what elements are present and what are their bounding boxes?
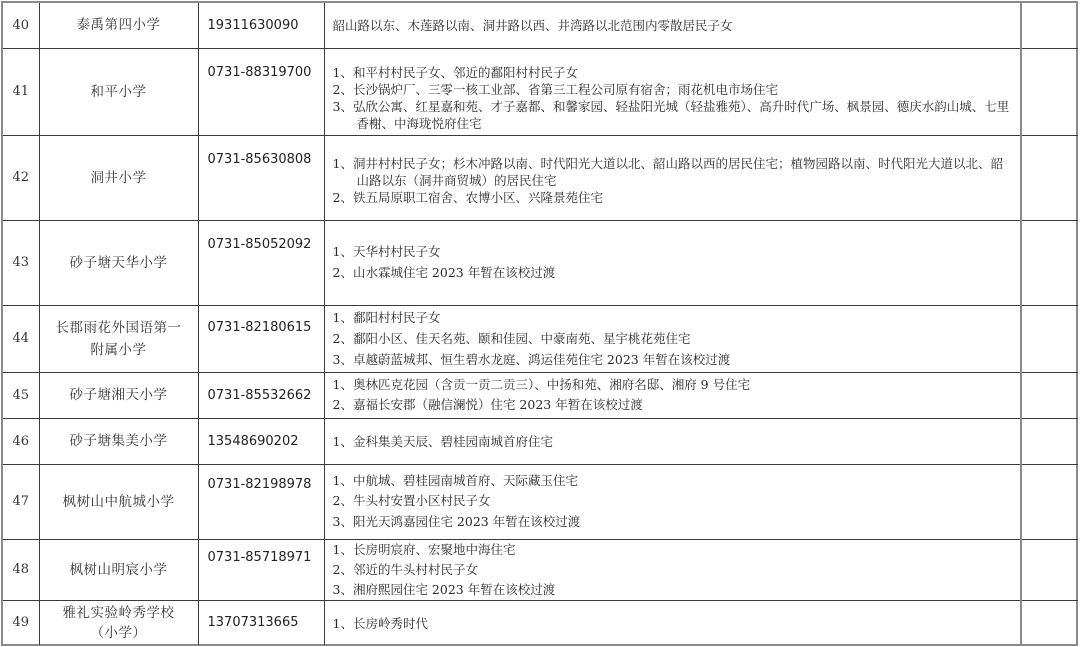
enrollment-scope: 1、鄱阳村村民子女 2、鄱阳小区、佳天名苑、颐和佳园、中豪南苑、星宇桃花苑住宅 … <box>324 305 1021 372</box>
school-name-line: 雅礼实验岭秀学校 <box>40 603 198 623</box>
row-index: 44 <box>3 305 39 372</box>
row-index: 46 <box>3 418 39 464</box>
phone-number: 13548690202 <box>198 418 324 464</box>
scope-line: 2、邻近的牛头村村民子女 <box>333 560 1015 580</box>
row-index: 49 <box>3 600 39 645</box>
enrollment-scope: 1、天华村村民子女 2、山水霖城住宅 2023 年暂在该校过渡 <box>324 220 1021 305</box>
table-row: 40 泰禹第四小学 19311630090 韶山路以东、木莲路以南、洞井路以西、… <box>3 3 1078 48</box>
phone-number: 0731-88319700 <box>198 48 324 135</box>
phone-number: 0731-82198978 <box>198 464 324 539</box>
enrollment-scope: 1、金科集美天辰、碧桂园南城首府住宅 <box>324 418 1021 464</box>
row-index: 42 <box>3 135 39 220</box>
school-name: 砂子塘集美小学 <box>39 418 198 464</box>
row-index: 40 <box>3 3 39 48</box>
school-name: 和平小学 <box>39 48 198 135</box>
table-row: 46 砂子塘集美小学 13548690202 1、金科集美天辰、碧桂园南城首府住… <box>3 418 1078 464</box>
remark-cell <box>1021 220 1078 305</box>
school-name: 枫树山明宸小学 <box>39 539 198 600</box>
scope-line: 3、阳光天鸿嘉园住宅 2023 年暂在该校过渡 <box>333 512 1015 533</box>
enrollment-scope: 韶山路以东、木莲路以南、洞井路以西、井湾路以北范围内零散居民子女 <box>324 3 1021 48</box>
scope-line: 1、鄱阳村村民子女 <box>333 307 1015 328</box>
remark-cell <box>1021 464 1078 539</box>
scope-line: 1、洞井村村民子女；杉木冲路以南、时代阳光大道以北、韶山路以西的居民住宅；植物园… <box>333 155 1015 189</box>
row-index: 48 <box>3 539 39 600</box>
remark-cell <box>1021 600 1078 645</box>
school-name: 枫树山中航城小学 <box>39 464 198 539</box>
remark-cell <box>1021 539 1078 600</box>
phone-number: 0731-82180615 <box>198 305 324 372</box>
remark-cell <box>1021 418 1078 464</box>
scope-line: 2、长沙锅炉厂、三零一核工业部、省第三工程公司原有宿舍；雨花机电市场住宅 <box>333 81 1015 98</box>
table-row: 48 枫树山明宸小学 0731-85718971 1、长房明宸府、宏聚地中海住宅… <box>3 539 1078 600</box>
school-name-line: （小学） <box>40 623 198 643</box>
scope-line: 2、牛头村安置小区村民子女 <box>333 491 1015 512</box>
school-name-line: 附属小学 <box>40 339 198 361</box>
row-index: 43 <box>3 220 39 305</box>
row-index: 41 <box>3 48 39 135</box>
enrollment-scope: 1、中航城、碧桂园南城首府、天际藏玉住宅 2、牛头村安置小区村民子女 3、阳光天… <box>324 464 1021 539</box>
school-name: 泰禹第四小学 <box>39 3 198 48</box>
scope-line: 2、铁五局原职工宿舍、农博小区、兴隆景苑住宅 <box>333 189 1015 206</box>
table-row: 47 枫树山中航城小学 0731-82198978 1、中航城、碧桂园南城首府、… <box>3 464 1078 539</box>
row-index: 45 <box>3 372 39 418</box>
scope-line: 1、奥林匹克花园（含贡一贡二贡三）、中扬和苑、湘府名邸、湘府 9 号住宅 <box>333 375 1015 395</box>
enrollment-scope: 1、奥林匹克花园（含贡一贡二贡三）、中扬和苑、湘府名邸、湘府 9 号住宅 2、嘉… <box>324 372 1021 418</box>
school-name: 洞井小学 <box>39 135 198 220</box>
enrollment-scope: 1、洞井村村民子女；杉木冲路以南、时代阳光大道以北、韶山路以西的居民住宅；植物园… <box>324 135 1021 220</box>
scope-line: 韶山路以东、木莲路以南、洞井路以西、井湾路以北范围内零散居民子女 <box>333 16 1015 34</box>
table-row: 45 砂子塘湘天小学 0731-85532662 1、奥林匹克花园（含贡一贡二贡… <box>3 372 1078 418</box>
enrollment-scope: 1、长房明宸府、宏聚地中海住宅 2、邻近的牛头村村民子女 3、湘府熙园住宅 20… <box>324 539 1021 600</box>
table-row: 44 长郡雨花外国语第一 附属小学 0731-82180615 1、鄱阳村村民子… <box>3 305 1078 372</box>
remark-cell <box>1021 3 1078 48</box>
remark-cell <box>1021 48 1078 135</box>
table-row: 49 雅礼实验岭秀学校 （小学） 13707313665 1、长房岭秀时代 <box>3 600 1078 645</box>
scope-line: 1、和平村村民子女、邻近的鄱阳村村民子女 <box>333 64 1015 81</box>
scope-line: 2、鄱阳小区、佳天名苑、颐和佳园、中豪南苑、星宇桃花苑住宅 <box>333 328 1015 349</box>
school-name-line: 长郡雨花外国语第一 <box>40 317 198 339</box>
school-name: 雅礼实验岭秀学校 （小学） <box>39 600 198 645</box>
scope-line: 1、长房岭秀时代 <box>333 614 1015 632</box>
remark-cell <box>1021 135 1078 220</box>
scope-line: 1、长房明宸府、宏聚地中海住宅 <box>333 540 1015 560</box>
phone-number: 19311630090 <box>198 3 324 48</box>
school-name: 砂子塘天华小学 <box>39 220 198 305</box>
row-index: 47 <box>3 464 39 539</box>
phone-number: 13707313665 <box>198 600 324 645</box>
scope-line: 1、中航城、碧桂园南城首府、天际藏玉住宅 <box>333 471 1015 492</box>
scope-line: 3、弘欣公寓、红星嘉和苑、才子嘉都、和馨家园、轻盐阳光城（轻盐雅苑）、高升时代广… <box>333 98 1015 132</box>
scope-line: 2、山水霖城住宅 2023 年暂在该校过渡 <box>333 263 1015 284</box>
school-enrollment-table: 40 泰禹第四小学 19311630090 韶山路以东、木莲路以南、洞井路以西、… <box>3 3 1078 645</box>
school-name: 长郡雨花外国语第一 附属小学 <box>39 305 198 372</box>
enrollment-scope: 1、和平村村民子女、邻近的鄱阳村村民子女 2、长沙锅炉厂、三零一核工业部、省第三… <box>324 48 1021 135</box>
enrollment-scope: 1、长房岭秀时代 <box>324 600 1021 645</box>
scope-line: 2、嘉福长安郡（融信澜悦）住宅 2023 年暂在该校过渡 <box>333 395 1015 415</box>
table-row: 43 砂子塘天华小学 0731-85052092 1、天华村村民子女 2、山水霖… <box>3 220 1078 305</box>
scope-line: 1、金科集美天辰、碧桂园南城首府住宅 <box>333 432 1015 450</box>
remark-cell <box>1021 305 1078 372</box>
scope-line: 3、湘府熙园住宅 2023 年暂在该校过渡 <box>333 580 1015 600</box>
phone-number: 0731-85718971 <box>198 539 324 600</box>
school-enrollment-table-page: 40 泰禹第四小学 19311630090 韶山路以东、木莲路以南、洞井路以西、… <box>1 1 1078 646</box>
school-name: 砂子塘湘天小学 <box>39 372 198 418</box>
scope-line: 3、卓越蔚蓝城邦、恒生碧水龙庭、鸿运佳苑住宅 2023 年暂在该校过渡 <box>333 349 1015 370</box>
table-row: 41 和平小学 0731-88319700 1、和平村村民子女、邻近的鄱阳村村民… <box>3 48 1078 135</box>
phone-number: 0731-85630808 <box>198 135 324 220</box>
phone-number: 0731-85532662 <box>198 372 324 418</box>
remark-cell <box>1021 372 1078 418</box>
table-row: 42 洞井小学 0731-85630808 1、洞井村村民子女；杉木冲路以南、时… <box>3 135 1078 220</box>
phone-number: 0731-85052092 <box>198 220 324 305</box>
scope-line: 1、天华村村民子女 <box>333 242 1015 263</box>
